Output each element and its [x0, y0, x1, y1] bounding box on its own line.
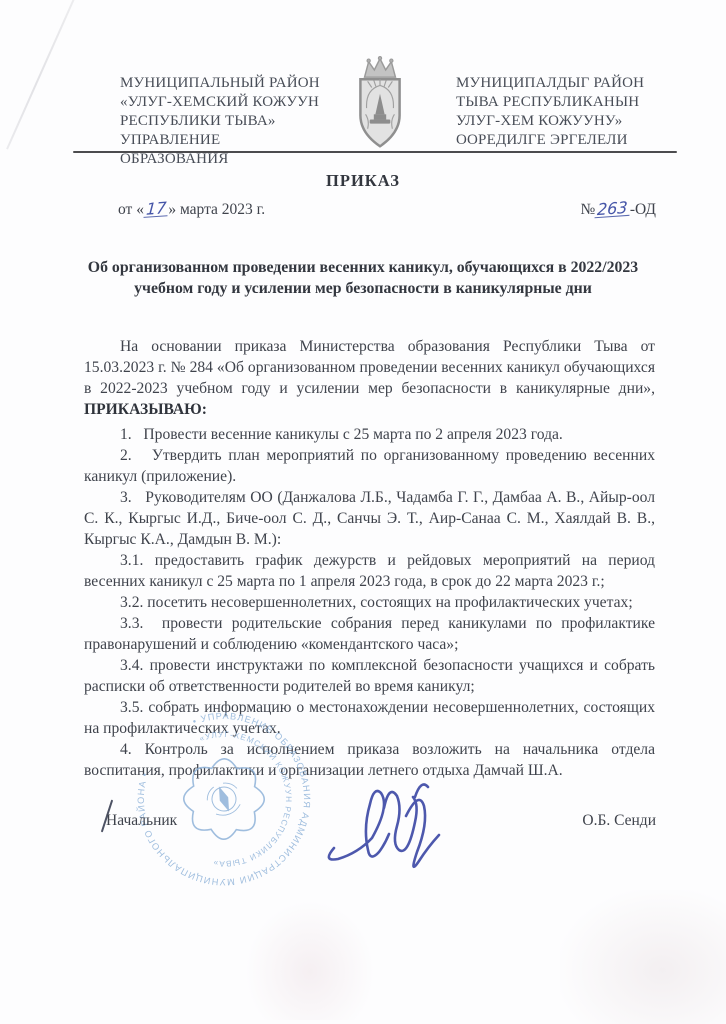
letterhead-tuvan: МУНИЦИПАЛДЫГ РАЙОН ТЫВА РЕСПУБЛИКАНЫН УЛ…: [456, 74, 656, 150]
signatory-name: О.Б. Сенди: [582, 812, 656, 830]
letterhead-divider: [73, 151, 677, 153]
number-prefix: №: [581, 201, 596, 218]
scan-shadow: [245, 900, 375, 1020]
official-stamp: • УПРАВЛЕНИЕ ОБРАЗОВАНИЯ АДМИНИСТРАЦИИ М…: [133, 708, 315, 890]
order-item: 3.2. посетить несовершеннолетних, состоя…: [84, 592, 655, 613]
handwritten-day: 17: [143, 201, 168, 218]
letterhead-line: ООРЕДИЛГЕ ЭРГЕЛЕЛИ: [456, 131, 656, 150]
order-item: 3.3. провести родительские собрания пере…: [84, 613, 655, 655]
letterhead-line: УЛУГ-ХЕМ КОЖУУНУ»: [456, 112, 656, 131]
order-item: 1. Провести весенние каникулы с 25 марта…: [84, 424, 655, 445]
date-prefix: от «: [118, 201, 144, 218]
order-number: №263-ОД: [581, 201, 657, 219]
coat-of-arms-icon: [347, 56, 417, 157]
letterhead-line: РЕСПУБЛИКИ ТЫВА»: [120, 112, 322, 131]
intro-paragraph: На основании приказа Министерства образо…: [84, 336, 655, 420]
handwritten-number: 263: [595, 201, 631, 219]
signatory-position: Начальник: [84, 812, 177, 830]
date-suffix: » марта 2023 г.: [168, 201, 265, 218]
scanned-order-document: МУНИЦИПАЛЬНЫЙ РАЙОН «УЛУГ-ХЕМСКИЙ КОЖУУН…: [0, 0, 726, 1024]
order-date: от «17» марта 2023 г.: [84, 201, 265, 219]
letterhead-line: МУНИЦИПАЛДЫГ РАЙОН: [456, 74, 656, 93]
date-number-row: от «17» марта 2023 г. №263-ОД: [84, 201, 656, 219]
order-item: 3.4. провести инструктажи по комплексной…: [84, 655, 655, 697]
signature-row: Начальник О.Б. Сенди: [84, 812, 656, 830]
order-item: 3. Руководителям ОО (Данжалова Л.Б., Чад…: [84, 487, 655, 550]
letterhead-line: МУНИЦИПАЛЬНЫЙ РАЙОН: [120, 74, 322, 93]
intro-text: На основании приказа Министерства образо…: [84, 338, 655, 397]
letterhead-russian: МУНИЦИПАЛЬНЫЙ РАЙОН «УЛУГ-ХЕМСКИЙ КОЖУУН…: [84, 74, 322, 169]
letterhead-line: ТЫВА РЕСПУБЛИКАНЫН: [456, 93, 656, 112]
letterhead-line: «УЛУГ-ХЕМСКИЙ КОЖУУН: [120, 93, 322, 112]
order-item: 2. Утвердить план мероприятий по организ…: [84, 445, 655, 487]
document-type-heading: ПРИКАЗ: [0, 171, 726, 191]
order-title: Об организованном проведении весенних ка…: [63, 257, 663, 299]
scan-fold-artifact: [6, 0, 78, 150]
intro-emphasis: ПРИКАЗЫВАЮ:: [84, 401, 207, 418]
letterhead-line: УПРАВЛЕНИЕ ОБРАЗОВАНИЯ: [120, 131, 322, 169]
number-suffix: -ОД: [630, 201, 656, 218]
order-item: 3.1. предоставить график дежурств и рейд…: [84, 550, 655, 592]
scan-shadow: [560, 890, 726, 1024]
letterhead: МУНИЦИПАЛЬНЫЙ РАЙОН «УЛУГ-ХЕМСКИЙ КОЖУУН…: [84, 74, 656, 175]
